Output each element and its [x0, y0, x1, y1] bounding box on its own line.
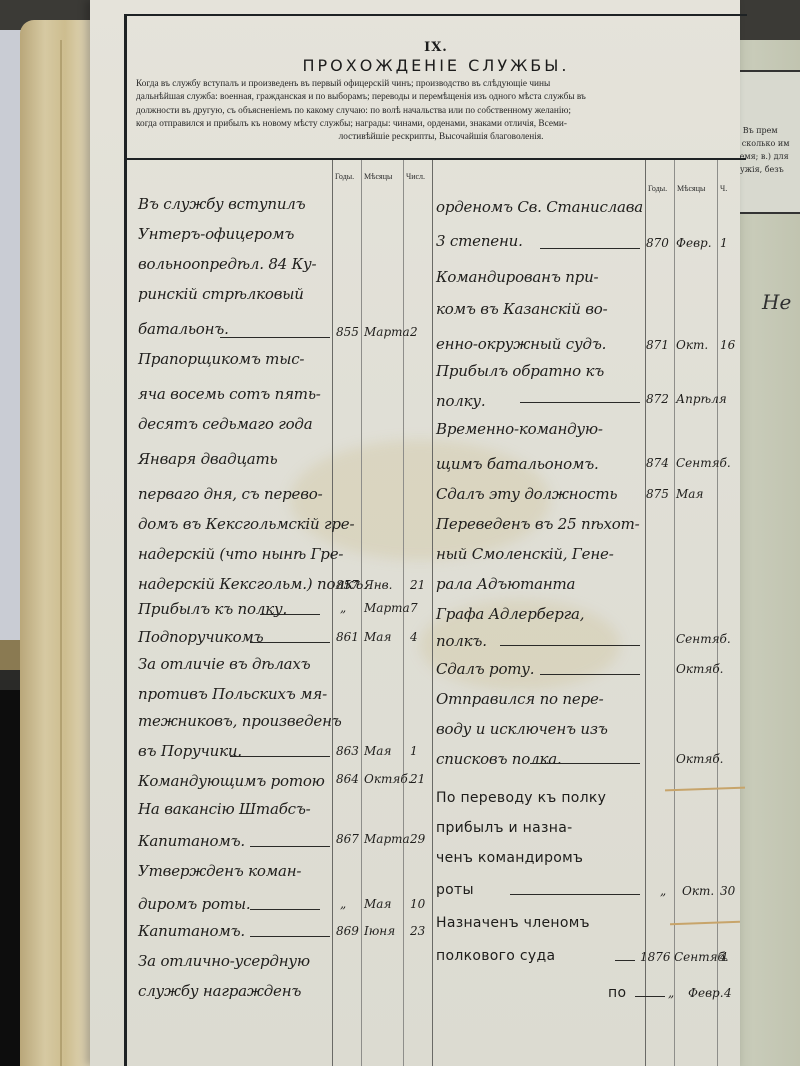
section-number: IX.: [126, 40, 746, 55]
column-divider: [332, 160, 333, 1066]
column-divider: [432, 160, 433, 1066]
column-header-days-right: Ч.: [720, 184, 727, 200]
column-header-months-right: Мѣсяцы: [677, 184, 705, 200]
section-header: IX. ПРОХОЖДЕНІЕ СЛУЖБЫ. Когда въ службу …: [126, 18, 746, 168]
column-divider: [717, 160, 718, 1066]
column-divider: [645, 160, 646, 1066]
column-header-months: Мѣсяцы: [364, 172, 392, 188]
column-header-years: Годы.: [335, 172, 354, 188]
column-divider: [674, 160, 675, 1066]
column-header-days: Числ.: [406, 172, 425, 188]
adjacent-page-handwriting: Не: [762, 290, 791, 314]
column-header-years-right: Годы.: [648, 184, 667, 200]
column-divider: [361, 160, 362, 1066]
section-description: Когда въ службу вступалъ и произведенъ в…: [136, 78, 746, 144]
document-page: IX. ПРОХОЖДЕНІЕ СЛУЖБЫ. Когда въ службу …: [90, 0, 740, 1066]
header-divider: [126, 158, 746, 160]
section-title: ПРОХОЖДЕНІЕ СЛУЖБЫ.: [126, 56, 746, 75]
